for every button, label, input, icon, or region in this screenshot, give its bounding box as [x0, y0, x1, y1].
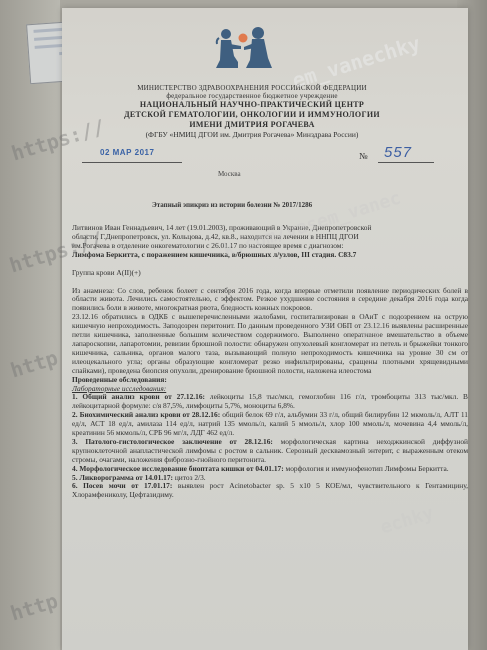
- org-type: федеральное государственное бюджетное уч…: [82, 92, 422, 100]
- diagnosis: Лимфома Беркитта, с поражением кишечника…: [72, 251, 468, 260]
- document-title: Этапный эпикриз из истории болезни № 201…: [152, 201, 312, 209]
- blood-group: Группа крови A(II)(+): [72, 269, 468, 278]
- center-name-line3: ИМЕНИ ДМИТРИЯ РОГАЧЕВА: [82, 120, 422, 130]
- hospitalization: 23.12.16 обратились в ОДКБ с вышеперечис…: [72, 313, 468, 375]
- document-body: Литвинов Иван Геннадьевич, 14 лет (19.01…: [72, 224, 468, 500]
- center-short-name: (ФГБУ «НМИЦ ДГОИ им. Дмитрия Рогачева» М…: [82, 130, 422, 140]
- number-label: №: [359, 151, 368, 161]
- exam-item: 6. Посев мочи от 17.01.17: выявлен рост …: [72, 482, 468, 500]
- center-name-line2: ДЕТСКОЙ ГЕМАТОЛОГИИ, ОНКОЛОГИИ И ИММУНОЛ…: [82, 110, 422, 120]
- date-stamp: 02 МАР 2017: [100, 148, 154, 157]
- exam-item: 3. Патолого-гистологическое заключение о…: [72, 438, 468, 465]
- background-left: [0, 0, 60, 650]
- city: Москва: [218, 170, 241, 178]
- exam-item: 2. Биохимический анализ крови от 28.12.1…: [72, 411, 468, 438]
- number-underline: [378, 162, 434, 163]
- date-underline: [82, 162, 182, 163]
- center-name-line1: НАЦИОНАЛЬНЫЙ НАУЧНО-ПРАКТИЧЕСКИЙ ЦЕНТР: [82, 100, 422, 110]
- exam-item: 1. Общий анализ крови от 27.12.16: лейко…: [72, 393, 468, 411]
- children-logo-icon: [210, 26, 276, 74]
- document-header: МИНИСТЕРСТВО ЗДРАВООХРАНЕНИЯ РОССИЙСКОЙ …: [82, 84, 422, 140]
- document-number: 557: [384, 144, 412, 161]
- ministry-name: МИНИСТЕРСТВО ЗДРАВООХРАНЕНИЯ РОССИЙСКОЙ …: [82, 84, 422, 92]
- anamnesis: Из анамнеза: Со слов, ребенок болеет с с…: [72, 287, 468, 314]
